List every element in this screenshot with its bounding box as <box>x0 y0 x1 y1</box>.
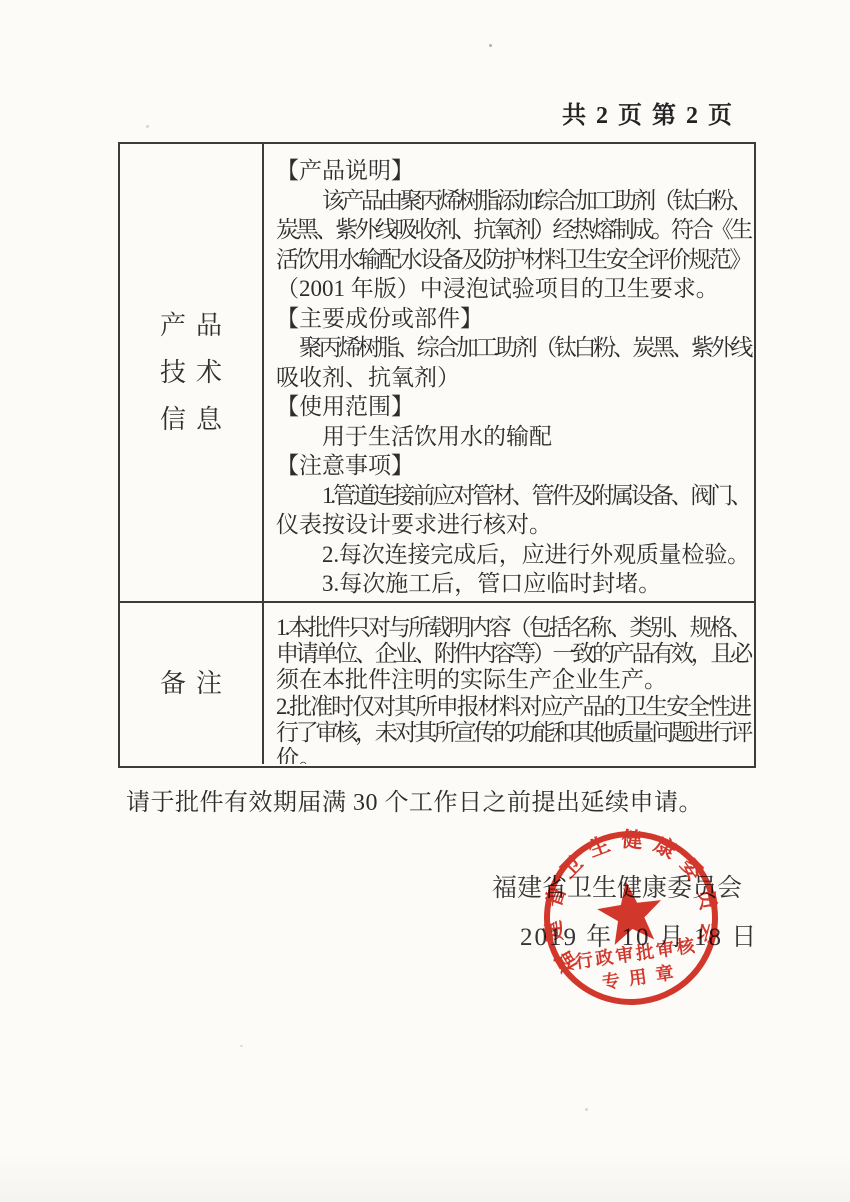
scan-speck <box>306 163 310 166</box>
text-line: 聚丙烯树脂、综合加工助剂（钛白粉、炭黑、紫外线 <box>276 333 749 363</box>
scan-speck <box>489 44 492 47</box>
table-row-remarks: 备注 1.本批件只对与所载明内容（包括名称、类别、规格、申请单位、企业、附件内容… <box>120 603 754 764</box>
product-info-table: 产品技术信息 【产品说明】该产品由聚丙烯树脂添加综合加工助剂（钛白粉、炭黑、紫外… <box>118 142 756 768</box>
text-line: 申请单位、企业、附件内容等）一致的产品有效，且必 <box>276 641 749 667</box>
scanned-document-page: { "page": { "header": "共 2 页 第 2 页", "fo… <box>0 0 850 1202</box>
row-label-remarks: 备注 <box>120 603 264 764</box>
text-line: 炭黑、紫外线吸收剂、抗氧剂）经热熔制成。符合《生 <box>276 215 749 245</box>
text-line: 吸收剂、抗氧剂） <box>276 363 749 393</box>
text-line: 1.管道连接前应对管材、管件及附属设备、阀门、 <box>276 481 749 511</box>
text-line: 3.每次施工后，管口应临时封堵。 <box>276 569 749 599</box>
official-seal: 福建省卫生健康委员会 行政审批审核 专用章 <box>518 805 744 1031</box>
row-label-text: 备注 <box>150 671 232 697</box>
remarks-content: 1.本批件只对与所载明内容（包括名称、类别、规格、申请单位、企业、附件内容等）一… <box>264 603 754 764</box>
text-line: 行了审核，未对其所宣传的功能和其他质量问题进行评 <box>276 720 749 746</box>
scan-speck <box>146 125 149 128</box>
text-line: 【主要成份或部件】 <box>276 304 749 334</box>
scan-shadow <box>0 1152 850 1202</box>
text-line: 2.批准时仅对其所申报材料对应产品的卫生安全性进 <box>276 694 749 720</box>
page-number-header: 共 2 页 第 2 页 <box>562 95 734 130</box>
scan-speck <box>585 1108 588 1111</box>
text-line: 用于生活饮用水的输配 <box>276 422 749 452</box>
text-line: 该产品由聚丙烯树脂添加综合加工助剂（钛白粉、 <box>276 186 749 216</box>
row-label-text: 技术 <box>150 360 232 386</box>
product-tech-info-content: 【产品说明】该产品由聚丙烯树脂添加综合加工助剂（钛白粉、炭黑、紫外线吸收剂、抗氧… <box>264 144 754 601</box>
text-line: （2001 年版）中浸泡试验项目的卫生要求。 <box>276 274 749 304</box>
text-line: 1.本批件只对与所载明内容（包括名称、类别、规格、 <box>276 615 749 641</box>
text-line: 须在本批件注明的实际生产企业生产。 <box>276 667 749 693</box>
table-row-product-tech-info: 产品技术信息 【产品说明】该产品由聚丙烯树脂添加综合加工助剂（钛白粉、炭黑、紫外… <box>120 144 754 603</box>
row-label-product-tech-info: 产品技术信息 <box>120 144 264 601</box>
row-label-text: 产品 <box>150 313 232 339</box>
text-line: 仪表按设计要求进行核对。 <box>276 510 749 540</box>
renewal-note: 请于批件有效期届满 30 个工作日之前提出延续申请。 <box>126 782 703 817</box>
scan-speck <box>240 1045 243 1047</box>
seal-star-icon <box>594 877 667 947</box>
text-line: 【产品说明】 <box>276 156 749 186</box>
text-line: 活饮用水输配水设备及防护材料卫生安全评价规范》 <box>276 245 749 275</box>
text-line: 价。 <box>276 746 749 764</box>
row-label-text: 信息 <box>150 407 232 433</box>
text-line: 【注意事项】 <box>276 451 749 481</box>
text-line: 2.每次连接完成后，应进行外观质量检验。 <box>276 540 749 570</box>
text-line: 【使用范围】 <box>276 392 749 422</box>
